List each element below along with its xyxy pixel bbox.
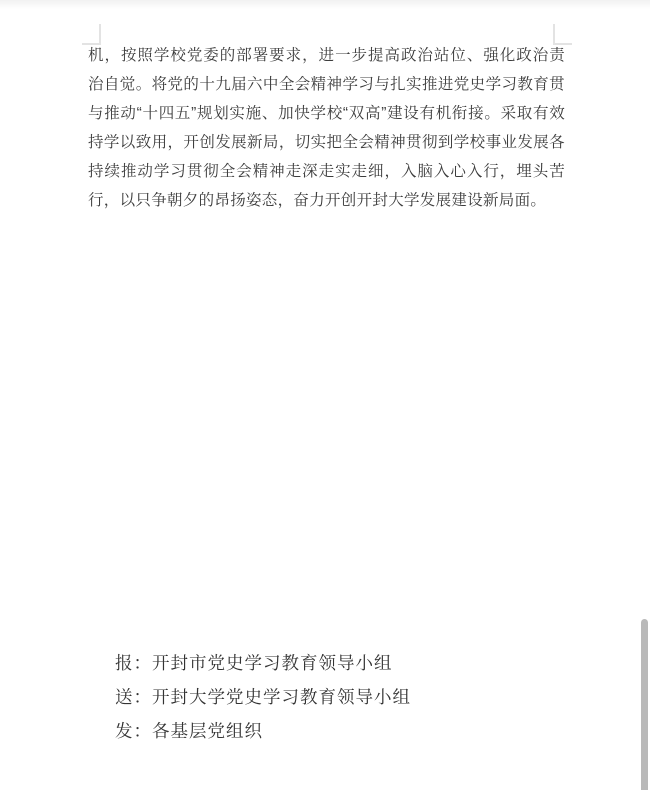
paragraph-line: 行，以只争朝夕的昂扬姿态，奋力开创开封大学发展建设新局面。: [88, 186, 565, 215]
distribution-list: 报：开封市党史学习教育领导小组 送：开封大学党史学习教育领导小组 发：各基层党组…: [115, 646, 411, 748]
distribution-line: 送：开封大学党史学习教育领导小组: [115, 680, 411, 714]
paragraph-line: 机，按照学校党委的部署要求，进一步提高政治站位、强化政治责任、增强政: [88, 41, 565, 70]
distribution-line: 报：开封市党史学习教育领导小组: [115, 646, 411, 680]
body-paragraph: 机，按照学校党委的部署要求，进一步提高政治站位、强化政治责任、增强政 治自觉。将…: [88, 41, 565, 215]
paragraph-line: 持学以致用，开创发展新局，切实把全会精神贯彻到学校事业发展各个领域，: [88, 128, 565, 157]
paragraph-line: 治自觉。将党的十九届六中全会精神学习与扎实推进党史学习教育贯通融合，: [88, 70, 565, 99]
page-top-edge: [0, 0, 650, 9]
paragraph-line: 与推动“十四五”规划实施、加快学校“双高”建设有机衔接。采取有效措施，坚: [88, 99, 565, 128]
scrollbar-thumb[interactable]: [641, 619, 648, 790]
paragraph-line: 持续推动学习贯彻全会精神走深走实走细，入脑入心入行，埋头苦干、勇毅前: [88, 157, 565, 186]
distribution-line: 发：各基层党组织: [115, 714, 411, 748]
document-page: 机，按照学校党委的部署要求，进一步提高政治站位、强化政治责任、增强政 治自觉。将…: [0, 0, 650, 790]
